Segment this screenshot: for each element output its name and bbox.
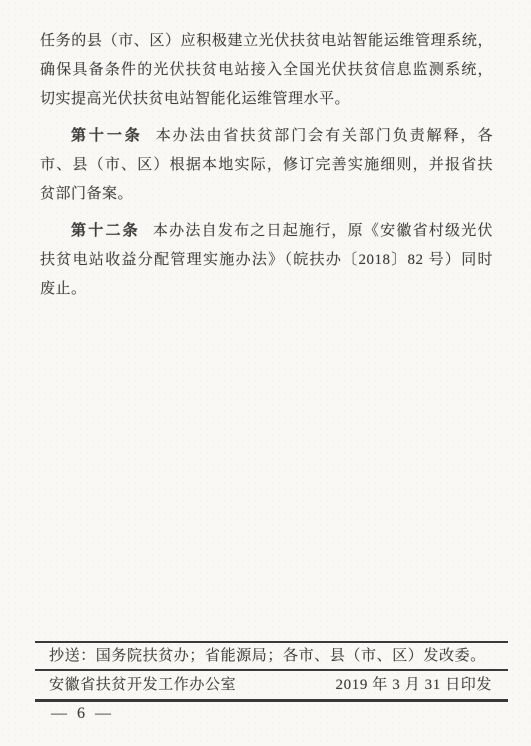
paragraph-article-11: 第十一条本办法由省扶贫部门会有关部门负责解释，各 市、县（市、区）根据本地实际，… [40, 122, 493, 209]
scanned-document-page: 任务的县（市、区）应积极建立光伏扶贫电站智能运维管理系统， 确保具备条件的光伏扶… [0, 0, 531, 746]
article-11-text: 本办法由省扶贫部门会有关部门负责解释，各 [156, 128, 493, 144]
body-line: 切实提高光伏扶贫电站智能化运维管理水平。 [40, 85, 493, 114]
body-line: 第十一条本办法由省扶贫部门会有关部门负责解释，各 [40, 122, 493, 151]
paragraph-operations: 任务的县（市、区）应积极建立光伏扶贫电站智能运维管理系统， 确保具备条件的光伏扶… [40, 27, 493, 114]
body-line: 市、县（市、区）根据本地实际，修订完善实施细则，并报省扶 [40, 151, 493, 180]
body-line: 扶贫电站收益分配管理实施办法》（皖扶办〔2018〕82 号）同时 [40, 246, 493, 275]
article-12-text: 本办法自发布之日起施行，原《安徽省村级光伏 [153, 223, 493, 239]
page-number: — 6 — [51, 705, 114, 723]
body-line: 废止。 [40, 275, 493, 304]
body-line: 贫部门备案。 [40, 180, 493, 209]
paragraph-article-12: 第十二条本办法自发布之日起施行，原《安徽省村级光伏 扶贫电站收益分配管理实施办法… [40, 217, 493, 304]
print-date: 2019 年 3 月 31 日印发 [336, 675, 492, 695]
body-line: 第十二条本办法自发布之日起施行，原《安徽省村级光伏 [40, 217, 493, 246]
document-footer: 抄送：国务院扶贫办；省能源局；各市、县（市、区）发改委。 安徽省扶贫开发工作办公… [35, 641, 508, 702]
issuing-office: 安徽省扶贫开发工作办公室 [49, 675, 236, 695]
document-body: 任务的县（市、区）应积极建立光伏扶贫电站智能运维管理系统， 确保具备条件的光伏扶… [40, 27, 493, 304]
article-11-heading: 第十一条 [71, 128, 143, 144]
cc-distribution-line: 抄送：国务院扶贫办；省能源局；各市、县（市、区）发改委。 [35, 641, 508, 671]
body-line: 确保具备条件的光伏扶贫电站接入全国光伏扶贫信息监测系统， [40, 56, 493, 85]
article-12-heading: 第十二条 [71, 223, 140, 239]
issuer-row: 安徽省扶贫开发工作办公室 2019 年 3 月 31 日印发 [35, 671, 508, 702]
body-line: 任务的县（市、区）应积极建立光伏扶贫电站智能运维管理系统， [40, 27, 493, 56]
